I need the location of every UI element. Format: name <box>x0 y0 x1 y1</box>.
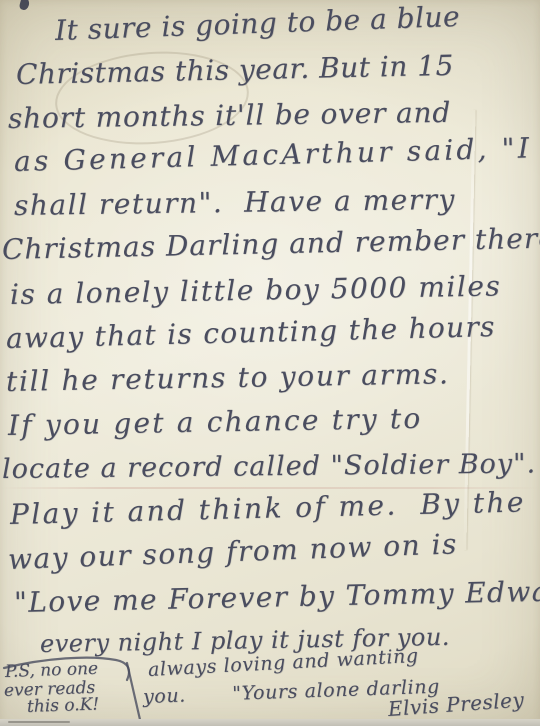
scan-edge-mark <box>8 721 70 723</box>
ps-bracket-line <box>0 0 540 726</box>
scan-edge <box>0 719 540 726</box>
letter-page: It sure is going to be a blue Christmas … <box>0 0 540 726</box>
ps-note-line: this o.K! <box>27 694 100 717</box>
